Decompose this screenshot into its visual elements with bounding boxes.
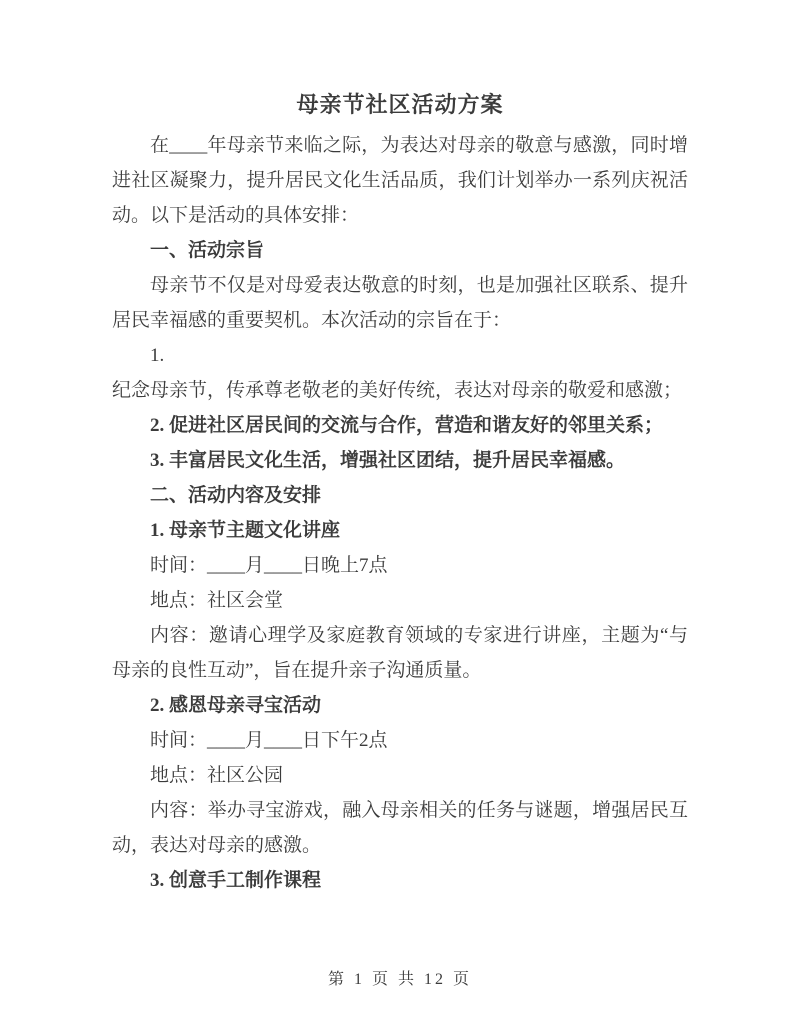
paragraph: 内容：举办寻宝游戏，融入母亲相关的任务与谜题，增强居民互动，表达对母亲的感激。	[112, 793, 688, 863]
paragraph: 二、活动内容及安排	[112, 478, 688, 513]
paragraph: 在____年母亲节来临之际，为表达对母亲的敬意与感激，同时增进社区凝聚力，提升居…	[112, 128, 688, 233]
paragraph: 纪念母亲节，传承尊老敬老的美好传统，表达对母亲的敬爱和感激；	[112, 373, 688, 408]
document-content: 母亲节社区活动方案 在____年母亲节来临之际，为表达对母亲的敬意与感激，同时增…	[112, 86, 688, 898]
paragraph: 3. 丰富居民文化生活，增强社区团结，提升居民幸福感。	[112, 443, 688, 478]
paragraph: 2. 感恩母亲寻宝活动	[112, 688, 688, 723]
paragraph: 地点：社区会堂	[112, 583, 688, 618]
paragraph: 内容：邀请心理学及家庭教育领域的专家进行讲座，主题为“与母亲的良性互动”，旨在提…	[112, 618, 688, 688]
paragraph: 一、活动宗旨	[112, 233, 688, 268]
paragraph: 时间：____月____日晚上7点	[112, 548, 688, 583]
paragraph: 1. 母亲节主题文化讲座	[112, 513, 688, 548]
paragraph: 3. 创意手工制作课程	[112, 863, 688, 898]
paragraph: 母亲节不仅是对母爱表达敬意的时刻，也是加强社区联系、提升居民幸福感的重要契机。本…	[112, 268, 688, 338]
document-page: 母亲节社区活动方案 在____年母亲节来临之际，为表达对母亲的敬意与感激，同时增…	[0, 0, 800, 1035]
paragraph: 地点：社区公园	[112, 758, 688, 793]
paragraph: 时间：____月____日下午2点	[112, 723, 688, 758]
document-body: 在____年母亲节来临之际，为表达对母亲的敬意与感激，同时增进社区凝聚力，提升居…	[112, 128, 688, 898]
page-number-footer: 第 1 页 共 12 页	[0, 966, 800, 989]
paragraph: 1.	[112, 338, 688, 373]
paragraph: 2. 促进社区居民间的交流与合作，营造和谐友好的邻里关系；	[112, 408, 688, 443]
document-title: 母亲节社区活动方案	[112, 86, 688, 124]
